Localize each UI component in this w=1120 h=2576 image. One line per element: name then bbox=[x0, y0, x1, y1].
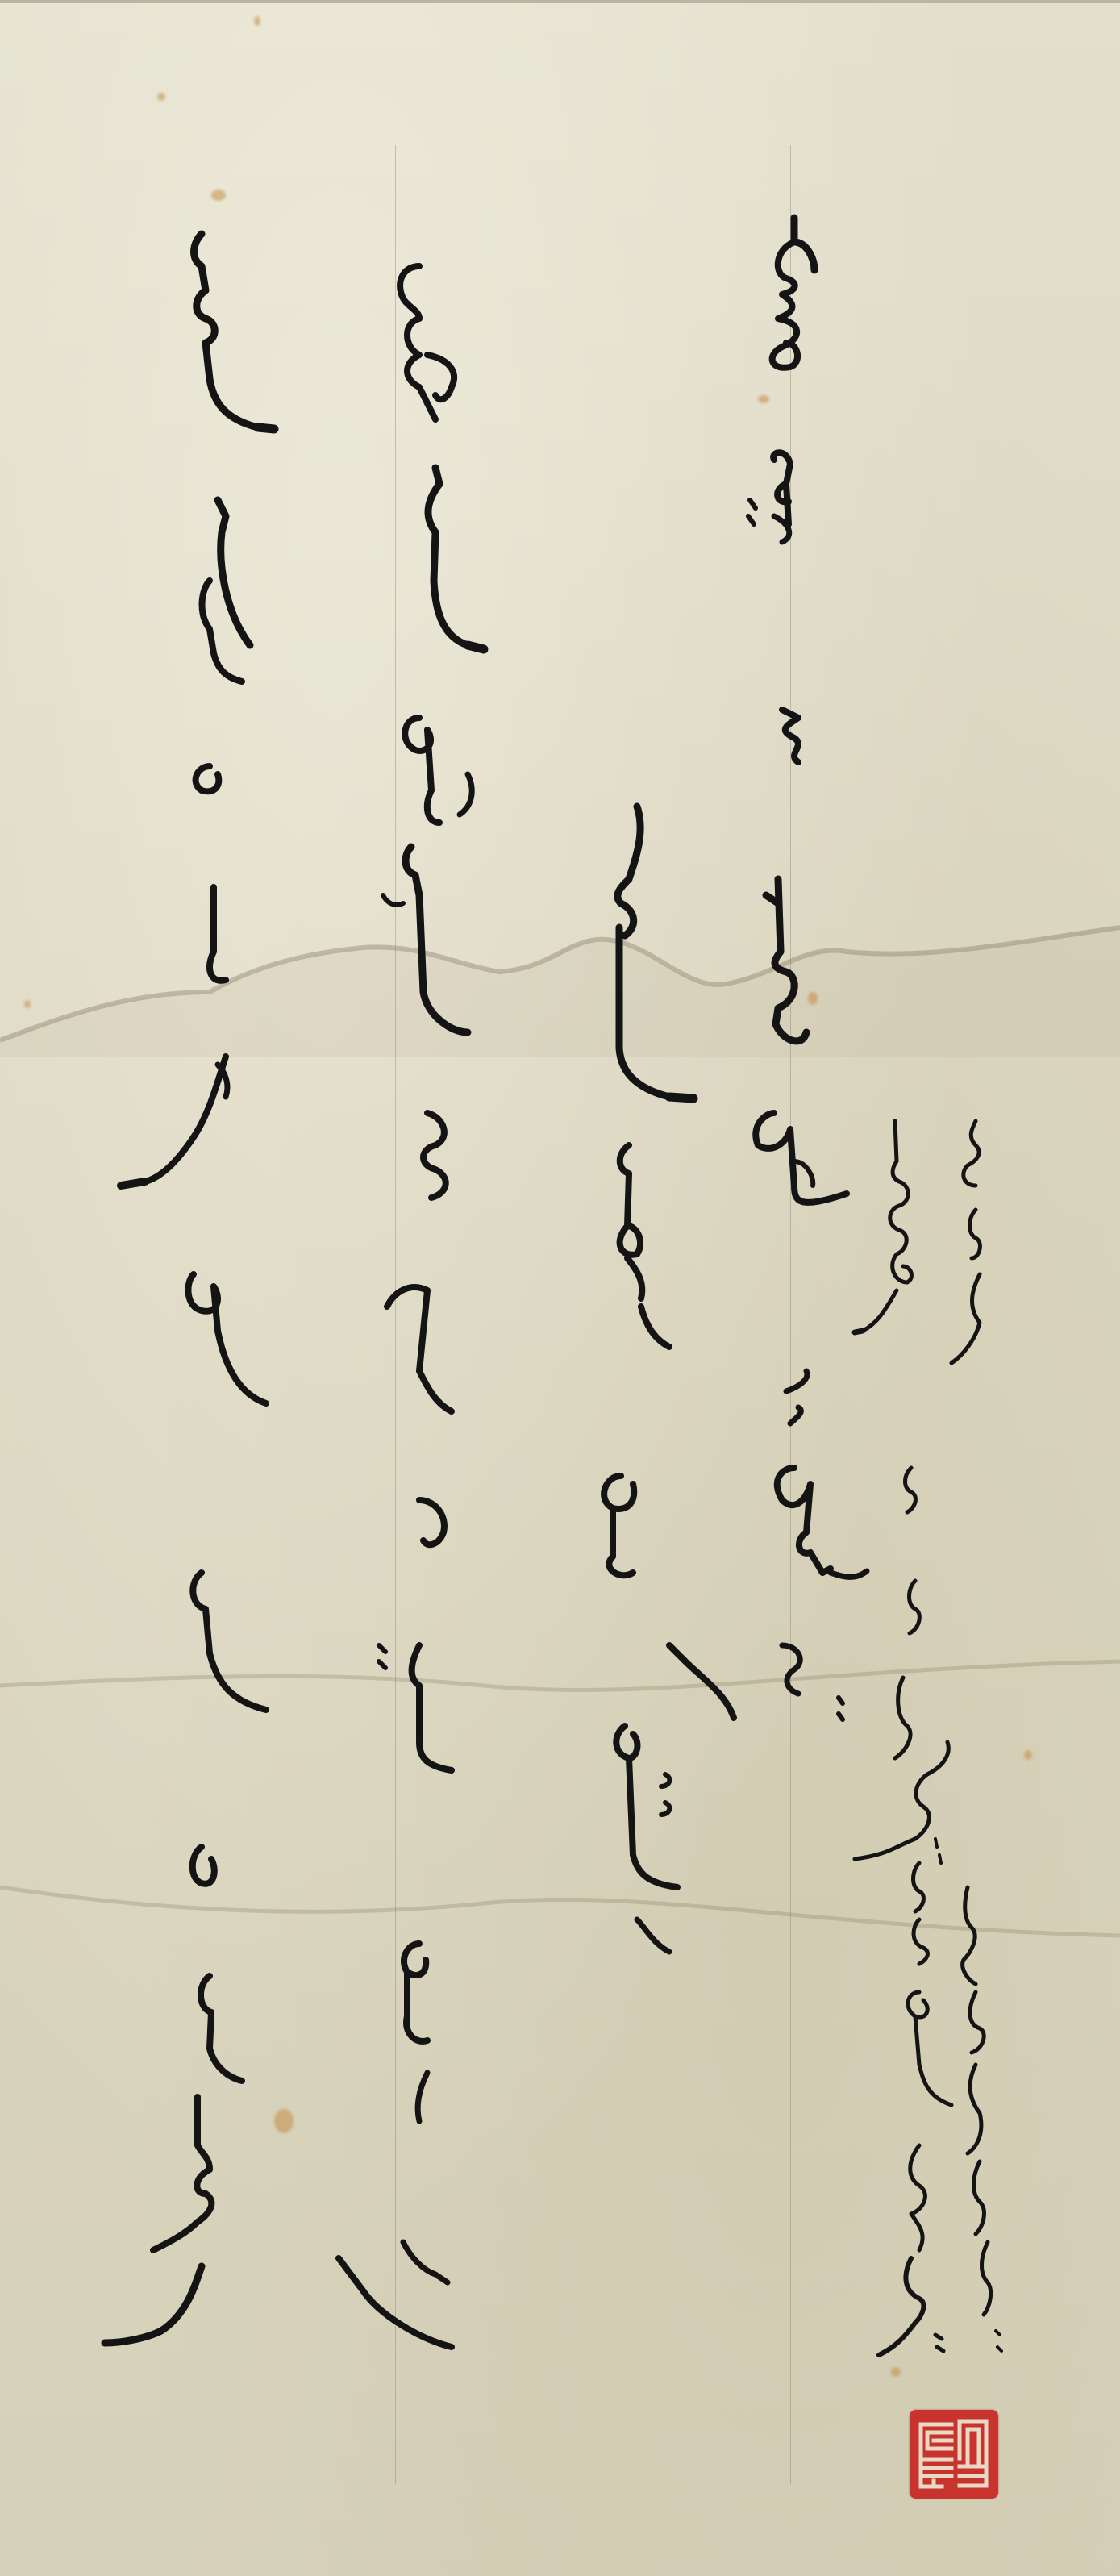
artist-seal bbox=[910, 2410, 998, 2499]
inscription-column-signature bbox=[963, 1887, 1001, 2351]
calligraphy-scroll: traditional Mongolian (vertical) Artist … bbox=[0, 0, 1120, 2576]
main-column-3 bbox=[339, 266, 484, 2347]
main-column-4 bbox=[105, 234, 274, 2343]
seal-glyph-icon bbox=[910, 2410, 998, 2499]
inscription-column-dedication bbox=[855, 1121, 980, 2355]
main-column-2 bbox=[604, 807, 734, 1952]
ink-layer bbox=[0, 0, 1120, 2576]
main-column-1 bbox=[748, 218, 867, 1719]
